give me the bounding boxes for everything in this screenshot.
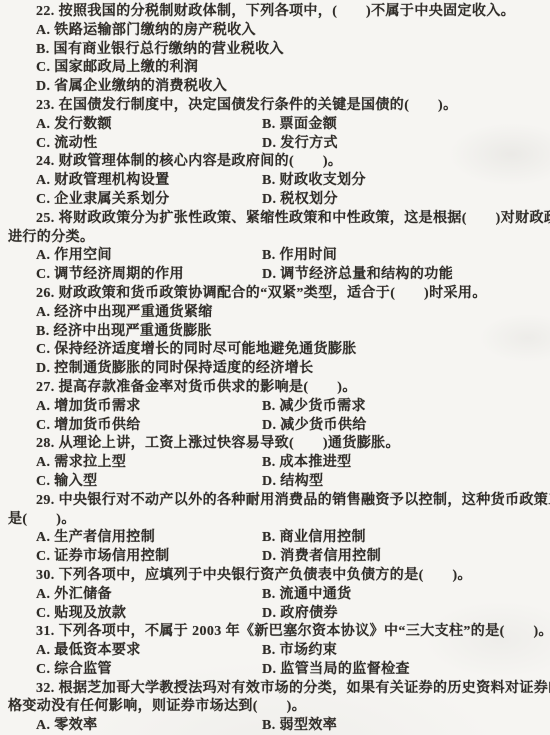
- question-26-option-row: C. 保持经济适度增长的同时尽可能地避免通货膨胀: [8, 341, 544, 360]
- question-27: 27. 提高存款准备金率对货币供求的影响是( )。A. 增加货币需求B. 减少货…: [8, 379, 544, 435]
- question-28-option: A. 需求拉上型: [36, 454, 262, 473]
- question-23-option: C. 流动性: [36, 135, 262, 154]
- question-26: 26. 财政政策和货币政策协调配合的“双紧”类型，适合于( )时采用。A. 经济…: [8, 285, 544, 379]
- question-31: 31. 下列各项中，不属于 2003 年《新巴塞尔资本协议》中“三大支柱”的是(…: [8, 623, 544, 679]
- question-32-option: A. 零效率: [36, 717, 262, 735]
- question-22-option-row: A. 铁路运输部门缴纳的房产税收入: [8, 22, 544, 41]
- question-23: 23. 在国债发行制度中，决定国债发行条件的关键是国债的( )。A. 发行数额B…: [8, 97, 544, 153]
- question-25-option-row: C. 调节经济周期的作用D. 调节经济总量和结构的功能: [8, 266, 544, 285]
- question-28-option-row: C. 输入型D. 结构型: [8, 473, 544, 492]
- question-28-option: B. 成本推进型: [262, 454, 544, 473]
- question-28-option: C. 输入型: [36, 473, 262, 492]
- question-25-option: A. 作用空间: [36, 247, 262, 266]
- question-25-stem-line: 进行的分类。: [8, 229, 544, 248]
- question-31-option: C. 综合监管: [36, 661, 262, 680]
- question-30-option: A. 外汇储备: [36, 586, 262, 605]
- question-25-stem-line: 25. 将财政政策分为扩张性政策、紧缩性政策和中性政策，这是根据( )对财政政策: [8, 210, 544, 229]
- question-26-option: A. 经济中出现严重通货紧缩: [36, 305, 213, 320]
- question-31-option-row: C. 综合监管D. 监管当局的监督检查: [8, 661, 544, 680]
- question-28-option-row: A. 需求拉上型B. 成本推进型: [8, 454, 544, 473]
- question-25: 25. 将财政政策分为扩张性政策、紧缩性政策和中性政策，这是根据( )对财政政策…: [8, 210, 544, 285]
- question-32-option-row: A. 零效率B. 弱型效率: [8, 717, 544, 735]
- question-22-option: B. 国有商业银行总行缴纳的营业税收入: [36, 42, 284, 57]
- question-32: 32. 根据芝加哥大学教授法玛对有效市场的分类，如果有关证券的历史资料对证券的价…: [8, 680, 544, 735]
- question-27-option: A. 增加货币需求: [36, 398, 262, 417]
- question-24-option: A. 财政管理机构设置: [36, 172, 262, 191]
- question-29-option: D. 消费者信用控制: [262, 548, 544, 567]
- question-30-option-row: C. 贴现及放款D. 政府债券: [8, 605, 544, 624]
- question-26-option: D. 控制通货膨胀的同时保持适度的经济增长: [36, 361, 314, 376]
- question-28-stem-line: 28. 从理论上讲，工资上涨过快容易导致( )通货膨胀。: [8, 435, 544, 454]
- question-32-stem-line: 32. 根据芝加哥大学教授法玛对有效市场的分类，如果有关证券的历史资料对证券的价: [8, 680, 544, 699]
- question-24-option: B. 财政收支划分: [262, 172, 544, 191]
- question-23-option: D. 发行方式: [262, 135, 544, 154]
- question-29-option-row: A. 生产者信用控制B. 商业信用控制: [8, 529, 544, 548]
- question-32-option: B. 弱型效率: [262, 717, 544, 735]
- question-29-option: A. 生产者信用控制: [36, 529, 262, 548]
- question-22-option-row: D. 省属企业缴纳的消费税收入: [8, 78, 544, 97]
- question-26-option: B. 经济中出现严重通货膨胀: [36, 324, 212, 339]
- question-30-option-row: A. 外汇储备B. 流通中通货: [8, 586, 544, 605]
- question-25-option-row: A. 作用空间B. 作用时间: [8, 247, 544, 266]
- question-32-stem-line: 格变动没有任何影响，则证券市场达到( )。: [8, 698, 544, 717]
- question-31-option: B. 市场约束: [262, 642, 544, 661]
- question-30-option: B. 流通中通货: [262, 586, 544, 605]
- question-29-option-row: C. 证券市场信用控制D. 消费者信用控制: [8, 548, 544, 567]
- question-23-option: A. 发行数额: [36, 116, 262, 135]
- question-29-option: B. 商业信用控制: [262, 529, 544, 548]
- question-28-option: D. 结构型: [262, 473, 544, 492]
- question-22-option-row: C. 国家邮政局上缴的利润: [8, 59, 544, 78]
- question-29-stem-line: 是( )。: [8, 511, 544, 530]
- question-list: 22. 按照我国的分税制财政体制，下列各项中，( )不属于中央固定收入。A. 铁…: [8, 3, 544, 735]
- question-26-option-row: B. 经济中出现严重通货膨胀: [8, 323, 544, 342]
- question-27-option-row: A. 增加货币需求B. 减少货币需求: [8, 398, 544, 417]
- question-26-option: C. 保持经济适度增长的同时尽可能地避免通货膨胀: [36, 342, 357, 357]
- question-24-option-row: A. 财政管理机构设置B. 财政收支划分: [8, 172, 544, 191]
- question-31-option: D. 监管当局的监督检查: [262, 661, 544, 680]
- question-29-stem-line: 29. 中央银行对不动产以外的各种耐用消费品的销售融资予以控制，这种货币政策工具: [8, 492, 544, 511]
- question-22-stem-line: 22. 按照我国的分税制财政体制，下列各项中，( )不属于中央固定收入。: [8, 3, 544, 22]
- question-23-option-row: A. 发行数额B. 票面金额: [8, 116, 544, 135]
- question-25-option: B. 作用时间: [262, 247, 544, 266]
- exam-page: 22. 按照我国的分税制财政体制，下列各项中，( )不属于中央固定收入。A. 铁…: [0, 0, 550, 735]
- question-29: 29. 中央银行对不动产以外的各种耐用消费品的销售融资予以控制，这种货币政策工具…: [8, 492, 544, 567]
- question-30: 30. 下列各项中，应填列于中央银行资产负债表中负债方的是( )。A. 外汇储备…: [8, 567, 544, 623]
- question-23-stem-line: 23. 在国债发行制度中，决定国债发行条件的关键是国债的( )。: [8, 97, 544, 116]
- question-24-option: C. 企业隶属关系划分: [36, 191, 262, 210]
- question-27-option: B. 减少货币需求: [262, 398, 544, 417]
- question-23-option-row: C. 流动性D. 发行方式: [8, 135, 544, 154]
- question-24: 24. 财政管理体制的核心内容是政府间的( )。A. 财政管理机构设置B. 财政…: [8, 153, 544, 209]
- question-22: 22. 按照我国的分税制财政体制，下列各项中，( )不属于中央固定收入。A. 铁…: [8, 3, 544, 97]
- question-26-option-row: A. 经济中出现严重通货紧缩: [8, 304, 544, 323]
- question-27-option-row: C. 增加货币供给D. 减少货币供给: [8, 417, 544, 436]
- question-31-option-row: A. 最低资本要求B. 市场约束: [8, 642, 544, 661]
- question-22-option: C. 国家邮政局上缴的利润: [36, 60, 198, 75]
- question-26-option-row: D. 控制通货膨胀的同时保持适度的经济增长: [8, 360, 544, 379]
- question-31-option: A. 最低资本要求: [36, 642, 262, 661]
- question-24-stem-line: 24. 财政管理体制的核心内容是政府间的( )。: [8, 153, 544, 172]
- question-31-stem-line: 31. 下列各项中，不属于 2003 年《新巴塞尔资本协议》中“三大支柱”的是(…: [8, 623, 544, 642]
- question-27-option: D. 减少货币供给: [262, 417, 544, 436]
- question-22-option-row: B. 国有商业银行总行缴纳的营业税收入: [8, 41, 544, 60]
- question-23-option: B. 票面金额: [262, 116, 544, 135]
- question-25-option: D. 调节经济总量和结构的功能: [262, 266, 544, 285]
- question-24-option-row: C. 企业隶属关系划分D. 税权划分: [8, 191, 544, 210]
- question-28: 28. 从理论上讲，工资上涨过快容易导致( )通货膨胀。A. 需求拉上型B. 成…: [8, 435, 544, 491]
- question-27-option: C. 增加货币供给: [36, 417, 262, 436]
- question-26-stem-line: 26. 财政政策和货币政策协调配合的“双紧”类型，适合于( )时采用。: [8, 285, 544, 304]
- question-22-option: A. 铁路运输部门缴纳的房产税收入: [36, 23, 256, 38]
- question-25-option: C. 调节经济周期的作用: [36, 266, 262, 285]
- question-24-option: D. 税权划分: [262, 191, 544, 210]
- question-30-stem-line: 30. 下列各项中，应填列于中央银行资产负债表中负债方的是( )。: [8, 567, 544, 586]
- question-30-option: C. 贴现及放款: [36, 605, 262, 624]
- question-27-stem-line: 27. 提高存款准备金率对货币供求的影响是( )。: [8, 379, 544, 398]
- question-30-option: D. 政府债券: [262, 605, 544, 624]
- question-29-option: C. 证券市场信用控制: [36, 548, 262, 567]
- question-22-option: D. 省属企业缴纳的消费税收入: [36, 79, 227, 94]
